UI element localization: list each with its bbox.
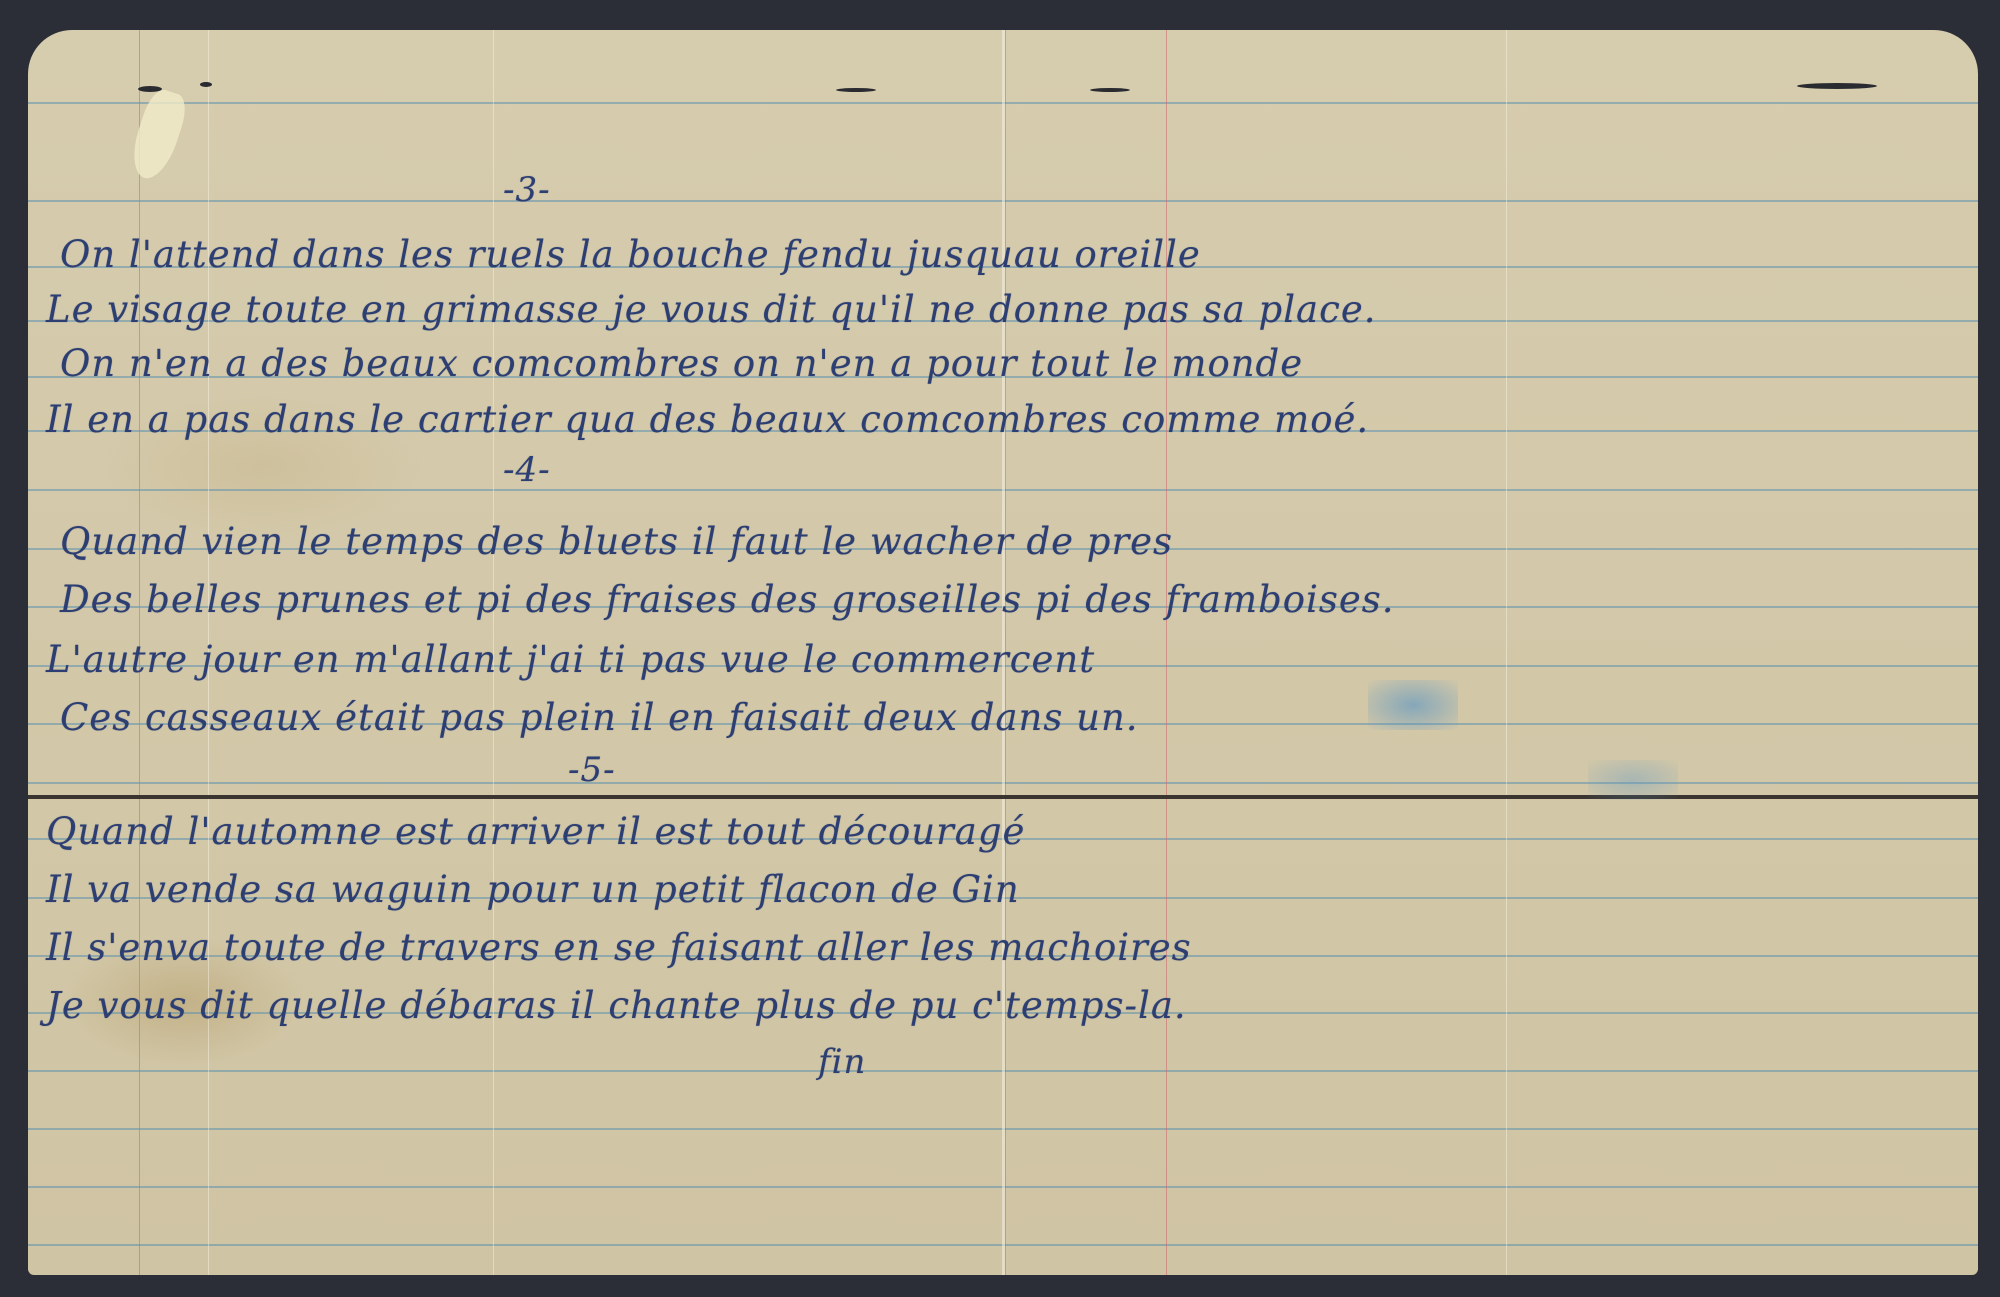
punch-hole — [1797, 83, 1877, 89]
lyric-line: Quand vien le temps des bluets il faut l… — [60, 520, 1173, 563]
lyric-line: Je vous dit quelle débaras il chante plu… — [46, 984, 1187, 1027]
lyric-line: Il s'enva toute de travers en se faisant… — [46, 926, 1192, 969]
lyric-line: Il en a pas dans le cartier qua des beau… — [46, 398, 1369, 441]
punch-hole — [836, 88, 876, 92]
lined-paper-sheet: -3- On l'attend dans les ruels la bouche… — [28, 30, 1978, 1275]
lyric-line: On n'en a des beaux comcombres on n'en a… — [60, 342, 1303, 385]
lyric-line: Des belles prunes et pi des fraises des … — [60, 578, 1395, 621]
ink-blot — [1588, 760, 1678, 800]
ink-blot — [1368, 680, 1458, 730]
punch-hole — [1090, 88, 1130, 92]
closing-word: fin — [818, 1042, 866, 1082]
lyric-line: On l'attend dans les ruels la bouche fen… — [60, 233, 1201, 276]
paper-crease — [1506, 30, 1507, 1275]
lyric-line: Quand l'automne est arriver il est tout … — [46, 810, 1025, 853]
verse-number: -5- — [568, 750, 616, 790]
paper-tear — [125, 86, 191, 184]
lyric-line: L'autre jour en m'allant j'ai ti pas vue… — [46, 638, 1095, 681]
margin-line-right — [1166, 30, 1167, 1275]
horizontal-tear — [28, 795, 1978, 799]
punch-hole — [200, 82, 212, 87]
verse-number: -4- — [503, 450, 551, 490]
lyric-line: Le visage toute en grimasse je vous dit … — [46, 288, 1377, 331]
lyric-line: Il va vende sa waguin pour un petit flac… — [46, 868, 1020, 911]
punch-hole — [138, 86, 162, 92]
lyric-line: Ces casseaux était pas plein il en faisa… — [60, 696, 1139, 739]
verse-number: -3- — [503, 170, 551, 210]
